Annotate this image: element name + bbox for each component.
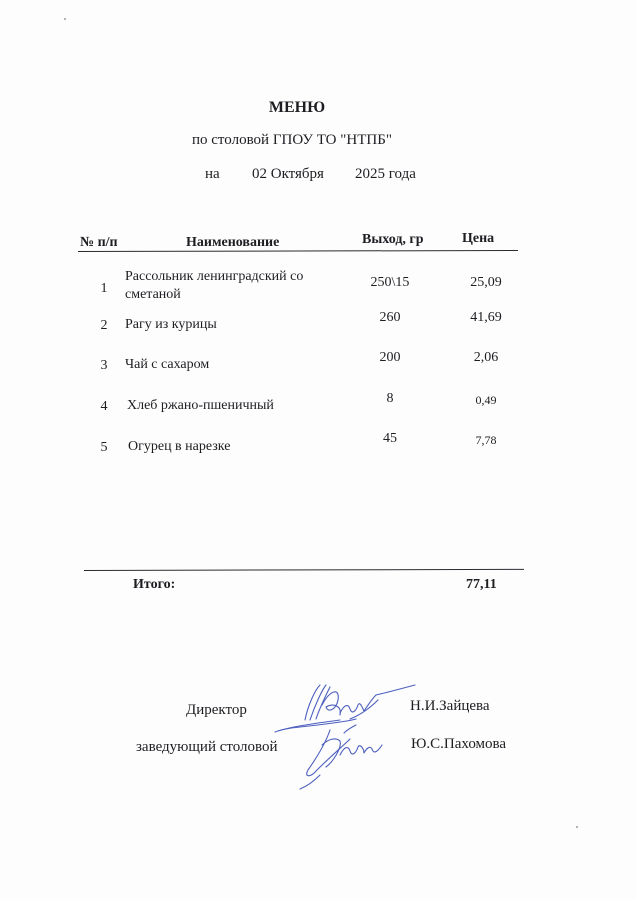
row-name: Огурец в нарезке [128,438,343,456]
column-header-output: Выход, гр [362,232,424,248]
row-name: Хлеб ржано-пшеничный [127,397,342,415]
row-price: 41,69 [456,310,516,326]
column-header-price: Цена [462,231,494,247]
director-role: Директор [186,702,247,719]
total-label: Итого: [133,577,175,593]
row-output: 250\15 [355,275,425,291]
row-price: 7,78 [456,433,516,448]
column-header-number: № п/п [80,235,118,251]
row-output: 8 [355,391,425,407]
date-prefix: на [205,166,220,183]
row-number: 4 [98,399,110,415]
row-name: Рагу из курицы [125,316,340,334]
row-number: 3 [98,358,110,374]
row-name: Рассольник ленинградский со сметаной [125,268,340,304]
row-name: Чай с сахаром [125,356,340,374]
date-year: 2025 года [355,166,416,183]
row-number: 5 [98,440,110,456]
document-subtitle: по столовой ГПОУ ТО "НТПБ" [192,132,392,149]
row-price: 2,06 [456,350,516,366]
row-price: 25,09 [456,275,516,291]
handwritten-signatures [260,675,430,790]
document-title: МЕНЮ [0,99,594,117]
row-number: 2 [98,318,110,334]
row-price: 0,49 [456,393,516,408]
total-value: 77,11 [466,577,497,593]
total-divider [84,569,524,571]
scan-speck [576,826,578,828]
header-divider [78,250,518,252]
row-output: 260 [355,310,425,326]
canteen-head-role: заведующий столовой [136,739,278,756]
row-output: 200 [355,350,425,366]
scan-speck [64,18,66,20]
date-day-month: 02 Октября [252,166,324,183]
row-number: 1 [98,281,110,297]
row-output: 45 [355,431,425,447]
column-header-name: Наименование [186,235,279,251]
